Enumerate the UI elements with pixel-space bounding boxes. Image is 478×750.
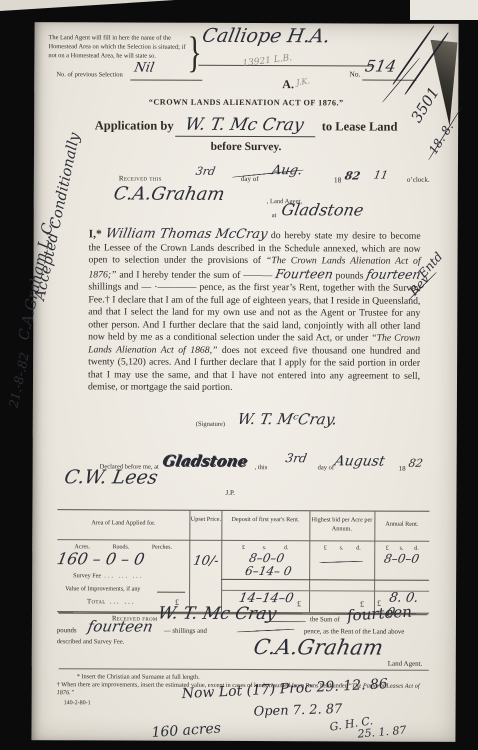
homestead-area-handwriting: Calliope H.A. xyxy=(201,25,332,48)
pencil-registry-note: 13921 L.B. xyxy=(242,53,293,69)
received-this-label: Received this xyxy=(119,174,162,182)
footnote-rule xyxy=(59,668,429,671)
previous-selection-underline xyxy=(130,79,202,80)
initials-date-annotation: 25. 1. 87 xyxy=(357,724,407,741)
paragraph-text-1b: and I hereby tender the sum of xyxy=(116,269,243,281)
open-date-annotation: Open 7. 2. 87 xyxy=(253,702,342,720)
place-handwriting: Gladstone xyxy=(280,200,365,219)
bid-dash-handwriting xyxy=(319,561,363,563)
margin-date-annotation: 21.-8-.82 xyxy=(6,351,32,409)
pound-sub2: £ xyxy=(324,545,327,551)
acres-annotation: 160 acres xyxy=(151,720,221,741)
table-vline-3 xyxy=(309,511,310,612)
signature-label: (Signature) xyxy=(196,421,225,428)
land-agent-signature: C.A.Graham xyxy=(112,183,226,204)
declared-day-of-label: day of xyxy=(318,464,334,471)
before-survey-label: before Survey. xyxy=(34,140,458,154)
number-underline xyxy=(362,80,416,81)
previous-selection-label: No. of previous Selection xyxy=(56,71,122,78)
received-month: Aug. xyxy=(271,163,304,178)
number-value-handwriting: 514 xyxy=(364,57,398,76)
d-sub2: d. xyxy=(356,545,361,551)
dash-run-1: ——— xyxy=(243,269,272,280)
received-year: 82 xyxy=(344,169,362,182)
dash-run-2: — ·———— xyxy=(141,282,196,293)
previous-selection-value: Nil xyxy=(133,61,155,76)
pound-sub: £ xyxy=(242,545,245,551)
sub-perches: Perches. xyxy=(152,545,172,551)
sum-of-label: the Sum of xyxy=(310,616,340,623)
jp-label: J.P. xyxy=(225,489,234,497)
declared-day: 3rd xyxy=(284,451,308,465)
table-vline-2 xyxy=(221,511,222,612)
section-letter: A. xyxy=(282,77,294,92)
described-label: described and Survey Fee. xyxy=(57,638,124,645)
declarant-name-handwriting: William Thomas McCray xyxy=(104,228,268,241)
total-text: Total xyxy=(87,598,106,605)
col-header-upset: Upset Price. xyxy=(190,516,221,525)
upset-price-handwriting: 10/- xyxy=(192,554,220,569)
to-lease-land-label: to Lease Land xyxy=(322,119,398,133)
declared-month: August xyxy=(333,453,386,469)
declared-place-handwriting: Gladstone xyxy=(161,452,249,470)
receipt-agent-signature: C.A.Graham xyxy=(252,635,385,660)
act-title: “CROWN LANDS ALIENATION ACT OF 1876.” xyxy=(34,97,458,108)
received-day: 3rd xyxy=(195,165,217,178)
jp-signature: C.W. Lees xyxy=(63,466,160,488)
pounds-value-handwriting: fourteen xyxy=(86,617,154,635)
scan-edge-artifact-2 xyxy=(410,0,478,20)
brace-glyph: } xyxy=(187,29,202,78)
declared-year: 82 xyxy=(407,457,423,470)
total-label: Total ... ... xyxy=(87,598,136,605)
number-label: No. xyxy=(349,69,360,78)
col-header-bid: Highest bid per Acre per Annum. xyxy=(311,516,372,534)
pounds-label-receipt: pounds xyxy=(57,627,77,634)
receipt-agent-label: Land Agent. xyxy=(388,660,423,668)
homestead-underline xyxy=(198,65,374,67)
received-hour: 11 xyxy=(373,169,389,182)
deposit-separator-rule-1 xyxy=(221,579,429,581)
form-number: 140-2-80-1 xyxy=(64,700,91,706)
survey-fee-label: Survey Fee ... ... ... xyxy=(73,572,143,579)
application-by-label: Application by xyxy=(95,118,174,132)
improvements-blank-line xyxy=(157,592,185,593)
shillings-handwriting: fourteen xyxy=(365,268,421,281)
declaration-paragraph: I,* William Thomas McCray do hereby stat… xyxy=(88,228,421,395)
oclock-label: o’clock. xyxy=(407,176,430,184)
document-page: The Land Agent will fill in here the nam… xyxy=(31,22,458,742)
applicant-signature: W. T. MᶜCray. xyxy=(236,410,338,428)
receipt-name-handwriting: W. T. Mc Cray xyxy=(156,604,278,625)
scan-edge-artifact xyxy=(0,0,175,11)
scanned-form-page: { "colors":{"paper":"#ece8e0","backgroun… xyxy=(0,0,478,750)
declared-year-prefix: 18 xyxy=(399,465,406,473)
schedule-table: Area of Land Applied for. Upset Price. D… xyxy=(57,509,429,614)
receipt-dash-2 xyxy=(237,629,295,633)
i-label: I,* xyxy=(89,228,102,240)
at-label: at xyxy=(272,212,277,219)
col-header-area: Area of Land Applied for. xyxy=(57,519,189,527)
bid-lsd-subheader: £s.d. xyxy=(317,545,367,551)
land-agent-box-note: The Land Agent will fill in here the nam… xyxy=(48,34,190,62)
applicant-name-handwriting: W. T. Mc Cray xyxy=(176,115,320,138)
this-label: , this xyxy=(255,464,268,471)
survey-fee-dots: ... ... ... xyxy=(104,572,143,579)
survey-fee-value-handwriting: 6–14– 0 xyxy=(244,564,293,578)
footnote-1: * Insert the Christian and Surname at fu… xyxy=(77,673,200,681)
shillings-label: shillings and xyxy=(88,281,138,292)
pence-label: pence, xyxy=(199,282,224,293)
survey-fee-text: Survey Fee xyxy=(73,572,101,579)
s-sub2: s. xyxy=(340,545,344,551)
deposit-total-pound-sign: £ xyxy=(297,599,301,608)
deposit-rent-handwriting: 8–0–0 xyxy=(248,551,285,565)
col-header-annual: Annual Rent. xyxy=(374,521,429,528)
annual-rent-handwriting: 8–0–0 xyxy=(383,552,420,566)
year-prefix: 18 xyxy=(334,175,342,184)
total-dots: ... ... xyxy=(110,598,136,605)
pounds-label: pounds xyxy=(336,270,364,281)
area-value-handwriting: 160 – 0 – 0 xyxy=(56,549,147,568)
shillings-label-receipt: — shillings and xyxy=(164,628,207,635)
pencil-initials-note: J.K. xyxy=(296,76,311,87)
col-header-deposit: Deposit of first year's Rent. xyxy=(223,516,307,525)
table-header-rule xyxy=(57,539,429,542)
improvements-label: Value of Improvements, if any xyxy=(65,585,140,592)
pounds-handwriting: Fourteen xyxy=(274,268,334,281)
sum-value-handwriting: fourteen xyxy=(346,602,412,624)
